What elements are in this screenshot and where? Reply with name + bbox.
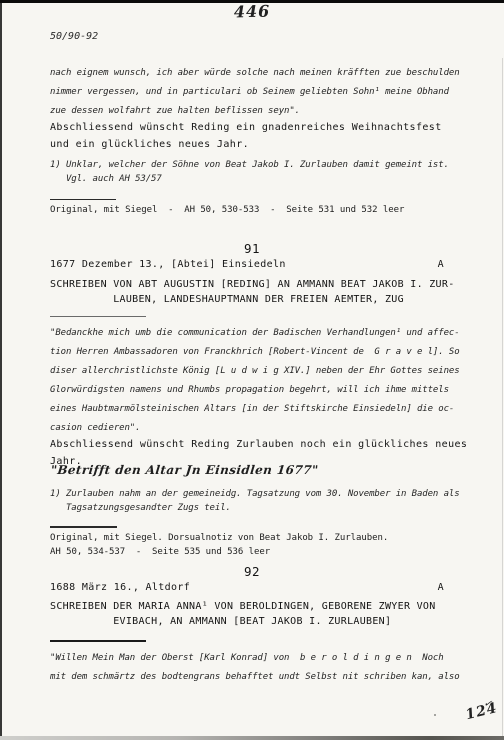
scan-edge-right <box>502 58 503 740</box>
entry90-summary: Abschliessend wünscht Reding ein gnadenr… <box>50 119 442 153</box>
entry92-quote: "Willen Mein Man der Oberst [Karl Konrad… <box>50 649 460 687</box>
scan-smudge <box>434 714 436 716</box>
entry91-date-place: 1677 Dezember 13., [Abtei] Einsiedeln <box>50 259 286 270</box>
entry92-title: SCHREIBEN DER MARIA ANNA¹ VON BEROLDINGE… <box>50 599 436 629</box>
entry90-footnote: 1) Unklar, welcher der Söhne von Beat Ja… <box>50 158 449 186</box>
entry92-number: 92 <box>0 564 504 579</box>
scan-edge-bottom <box>0 736 504 740</box>
entry91-source-divider <box>50 526 117 528</box>
document-page: 446 50/90-92 nach eignem wunsch, ich abe… <box>0 0 504 740</box>
entry92-date-place: 1688 März 16., Altdorf <box>50 582 190 593</box>
handwritten-corner-note: ✓ 124 <box>446 697 498 721</box>
entry91-footnote: 1) Zurlauben nahm an der gemeineidg. Tag… <box>50 487 460 515</box>
entry91-quote: "Bedanckhe mich umb die communication de… <box>50 324 460 438</box>
entry91-dorsal-note: "Betrifft den Altar Jn Einsidlen 1677" <box>50 463 319 477</box>
entry92-marker: A <box>438 582 444 593</box>
entry91-title-divider <box>50 316 146 317</box>
entry91-marker: A <box>438 259 444 270</box>
scan-edge-left <box>0 3 2 740</box>
entry91-title: SCHREIBEN VON ABT AUGUSTIN [REDING] AN A… <box>50 277 455 307</box>
entry90-quote: nach eignem wunsch, ich aber würde solch… <box>50 64 460 121</box>
entry92-dateline: 1688 März 16., Altdorf A <box>50 582 444 593</box>
handwritten-page-number: 446 <box>0 0 504 28</box>
entry91-dateline: 1677 Dezember 13., [Abtei] Einsiedeln A <box>50 259 444 270</box>
entry91-source: Original, mit Siegel. Dorsualnotiz von B… <box>50 531 388 559</box>
entry90-source: Original, mit Siegel - AH 50, 530-533 - … <box>50 203 404 217</box>
entry90-source-divider <box>50 199 116 200</box>
archive-reference: 50/90-92 <box>50 31 98 42</box>
entry91-number: 91 <box>0 241 504 256</box>
entry92-title-divider <box>50 640 146 642</box>
